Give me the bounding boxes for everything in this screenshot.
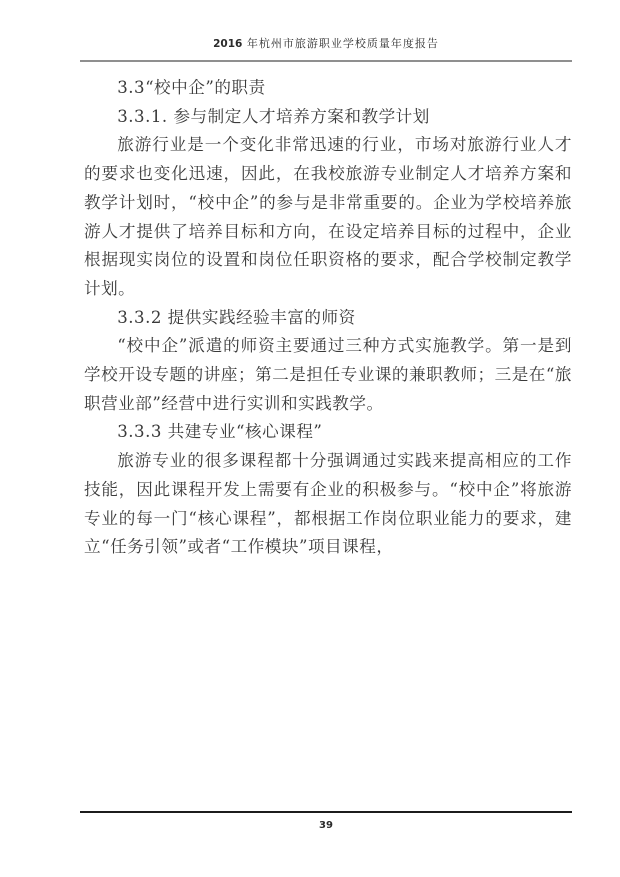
paragraph: “校中企”派遣的师资主要通过三种方式实施教学。第一是到学校开设专题的讲座；第二是… (84, 332, 572, 418)
document-page: 2016 年杭州市旅游职业学校质量年度报告 3.3“校中企”的职责 3.3.1.… (0, 0, 620, 877)
page-footer: 39 (80, 811, 572, 832)
section-heading-3-3: 3.3“校中企”的职责 (84, 74, 572, 103)
section-heading-3-3-1: 3.3.1. 参与制定人才培养方案和教学计划 (84, 103, 572, 132)
paragraph: 旅游专业的很多课程都十分强调通过实践来提高相应的工作技能，因此课程开发上需要有企… (84, 447, 572, 562)
header-title: 年杭州市旅游职业学校质量年度报告 (242, 37, 439, 50)
page-number: 39 (319, 817, 333, 831)
header-year: 2016 (213, 38, 242, 50)
document-body: 3.3“校中企”的职责 3.3.1. 参与制定人才培养方案和教学计划 旅游行业是… (84, 74, 572, 562)
page-header: 2016 年杭州市旅游职业学校质量年度报告 (80, 0, 572, 62)
paragraph: 旅游行业是一个变化非常迅速的行业，市场对旅游行业人才的要求也变化迅速，因此，在我… (84, 131, 572, 303)
section-heading-3-3-2: 3.3.2 提供实践经验丰富的师资 (84, 304, 572, 333)
section-heading-3-3-3: 3.3.3 共建专业“核心课程” (84, 418, 572, 447)
